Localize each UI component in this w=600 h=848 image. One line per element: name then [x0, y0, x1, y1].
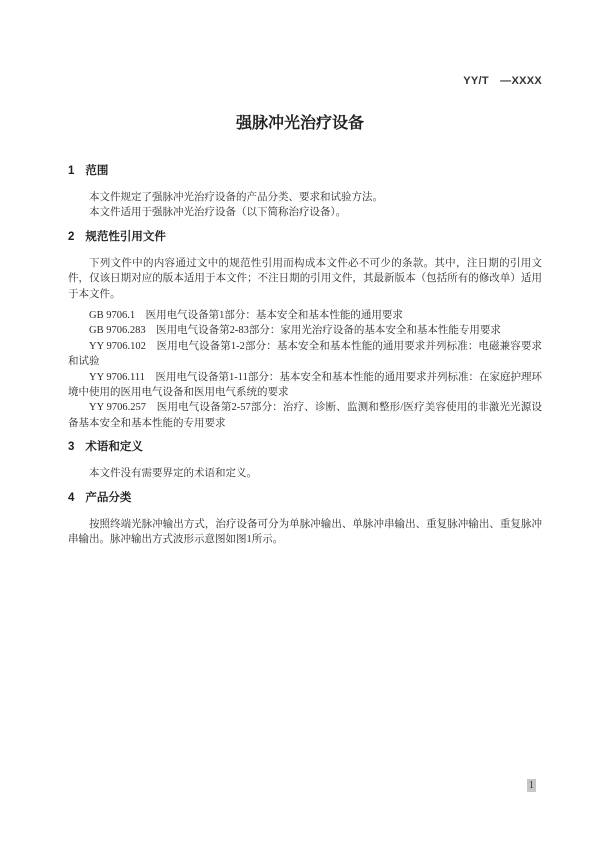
section-scope: 1范围 本文件规定了强脉冲光治疗设备的产品分类、要求和试验方法。 本文件适用于强…: [68, 164, 542, 221]
page-number: 1: [527, 779, 536, 792]
section-number: 3: [68, 440, 74, 454]
section-heading: 3术语和定义: [68, 440, 542, 454]
section-title: 范围: [85, 165, 108, 177]
document-title: 强脉冲光治疗设备: [0, 110, 600, 133]
reference-item: GB 9706.283 医用电气设备第2-83部分：家用光治疗设备的基本安全和基…: [68, 323, 542, 338]
paragraph: 本文件规定了强脉冲光治疗设备的产品分类、要求和试验方法。: [68, 190, 542, 205]
reference-item: YY 9706.257 医用电气设备第2-57部分：治疗、诊断、监测和整形/医疗…: [68, 400, 542, 431]
section-title: 产品分类: [85, 492, 131, 504]
section-terms-definitions: 3术语和定义 本文件没有需要界定的术语和定义。: [68, 440, 542, 481]
section-normative-references: 2规范性引用文件 下列文件中的内容通过文中的规范性引用而构成本文件必不可少的条款…: [68, 230, 542, 431]
reference-item: GB 9706.1 医用电气设备第1部分：基本安全和基本性能的通用要求: [68, 308, 542, 323]
section-number: 4: [68, 491, 74, 505]
reference-item: YY 9706.102 医用电气设备第1-2部分：基本安全和基本性能的通用要求并…: [68, 339, 542, 370]
paragraph: 下列文件中的内容通过文中的规范性引用而构成本文件必不可少的条款。其中，注日期的引…: [68, 256, 542, 302]
section-heading: 1范围: [68, 164, 542, 178]
reference-list: GB 9706.1 医用电气设备第1部分：基本安全和基本性能的通用要求 GB 9…: [68, 308, 542, 431]
paragraph: 本文件适用于强脉冲光治疗设备（以下简称治疗设备）。: [68, 205, 542, 220]
section-number: 2: [68, 230, 74, 244]
section-product-classification: 4产品分类 按照终端光脉冲输出方式，治疗设备可分为单脉冲输出、单脉冲串输出、重复…: [68, 491, 542, 548]
document-page: YY/T —XXXX 强脉冲光治疗设备 1范围 本文件规定了强脉冲光治疗设备的产…: [0, 0, 600, 848]
section-heading: 4产品分类: [68, 491, 542, 505]
paragraph: 按照终端光脉冲输出方式，治疗设备可分为单脉冲输出、单脉冲串输出、重复脉冲输出、重…: [68, 517, 542, 548]
paragraph: 本文件没有需要界定的术语和定义。: [68, 466, 542, 481]
section-number: 1: [68, 164, 74, 178]
section-title: 术语和定义: [85, 441, 143, 453]
document-body: 1范围 本文件规定了强脉冲光治疗设备的产品分类、要求和试验方法。 本文件适用于强…: [68, 155, 542, 548]
document-code: YY/T —XXXX: [463, 72, 542, 88]
reference-item: YY 9706.111 医用电气设备第1-11部分：基本安全和基本性能的通用要求…: [68, 370, 542, 401]
section-heading: 2规范性引用文件: [68, 230, 542, 244]
section-title: 规范性引用文件: [85, 231, 166, 243]
